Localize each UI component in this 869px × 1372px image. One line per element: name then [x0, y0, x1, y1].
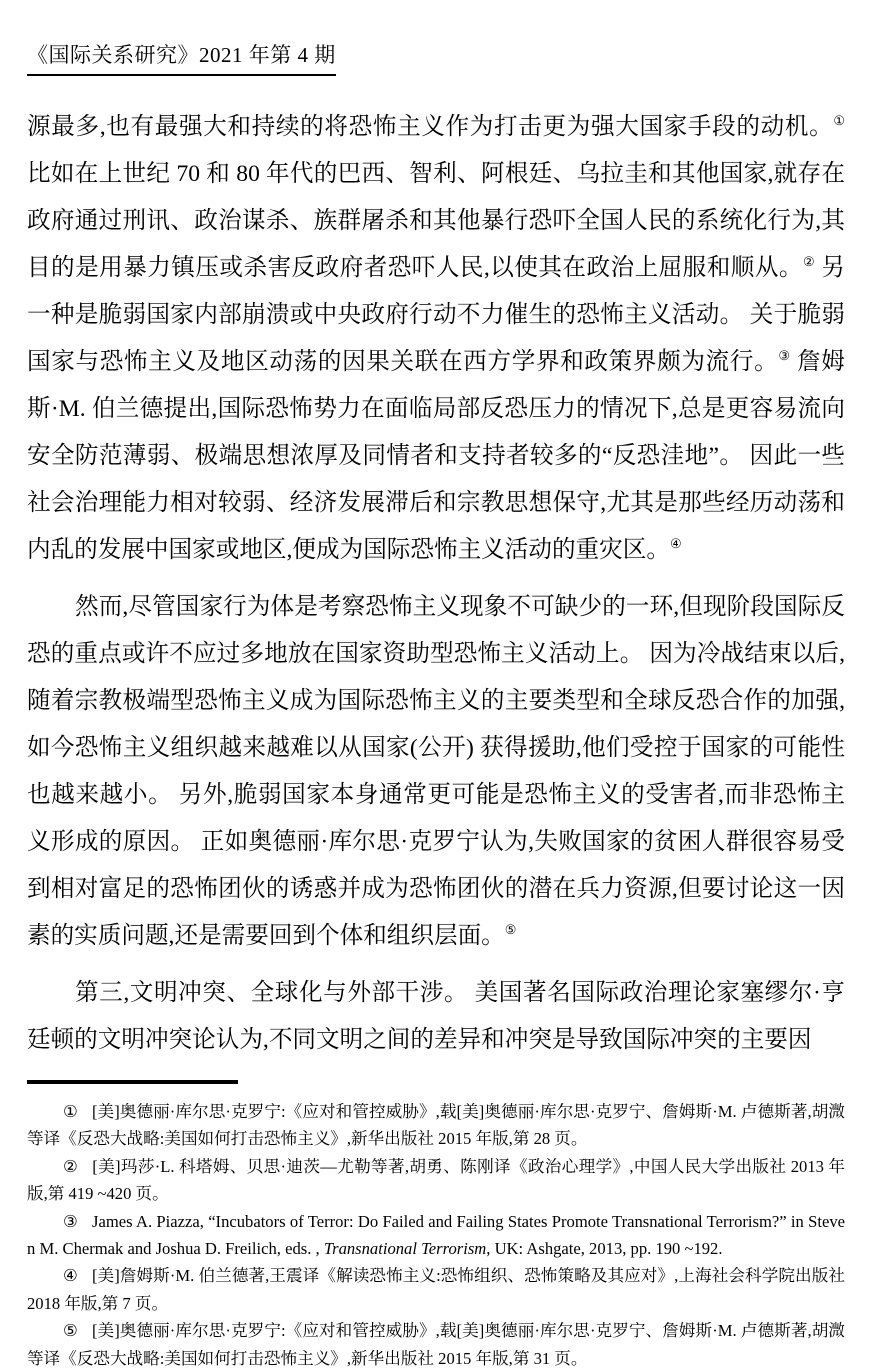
article-body: 源最多,也有最强大和持续的将恐怖主义作为打击更为强大国家手段的动机。① 比如在上… — [27, 104, 845, 1064]
page-header: 《国际关系研究》2021 年第 4 期 — [27, 44, 845, 76]
footnote-item: ②[美]玛莎·L. 科塔姆、贝思·迪茨—尤勒等著,胡勇、陈刚译《政治心理学》,中… — [27, 1153, 845, 1208]
body-paragraph: 然而,尽管国家行为体是考察恐怖主义现象不可缺少的一环,但现阶段国际反恐的重点或许… — [27, 584, 845, 960]
footnote-marker: ① — [63, 1102, 78, 1121]
footnote-divider — [27, 1080, 238, 1084]
body-paragraph: 源最多,也有最强大和持续的将恐怖主义作为打击更为强大国家手段的动机。① 比如在上… — [27, 104, 845, 574]
text-run: 然而,尽管国家行为体是考察恐怖主义现象不可缺少的一环,但现阶段国际反恐的重点或许… — [27, 594, 845, 949]
footnote-item: ⑤[美]奥德丽·库尔思·克罗宁:《应对和管控威胁》,载[美]奥德丽·库尔思·克罗… — [27, 1317, 845, 1372]
text-run: [美]詹姆斯·M. 伯兰德著,王震译《解读恐怖主义:恐怖组织、恐怖策略及其应对》… — [27, 1266, 845, 1312]
text-run: [美]奥德丽·库尔思·克罗宁:《应对和管控威胁》,载[美]奥德丽·库尔思·克罗宁… — [27, 1102, 845, 1148]
body-paragraph: 第三,文明冲突、全球化与外部干涉。 美国著名国际政治理论家塞缪尔·亨廷顿的文明冲… — [27, 970, 845, 1064]
text-run: [美]奥德丽·库尔思·克罗宁:《应对和管控威胁》,载[美]奥德丽·库尔思·克罗宁… — [27, 1321, 845, 1367]
footnote-marker: ② — [63, 1157, 78, 1176]
footnote-ref: ④ — [670, 536, 682, 551]
italic-book-title: Transnational Terrorism — [324, 1239, 486, 1258]
footnotes-section: ①[美]奥德丽·库尔思·克罗宁:《应对和管控威胁》,载[美]奥德丽·库尔思·克罗… — [27, 1098, 845, 1372]
footnote-marker: ⑤ — [63, 1321, 78, 1340]
text-run: 第三,文明冲突、全球化与外部干涉。 美国著名国际政治理论家塞缪尔·亨廷顿的文明冲… — [27, 980, 845, 1053]
journal-page: 《国际关系研究》2021 年第 4 期 源最多,也有最强大和持续的将恐怖主义作为… — [0, 0, 869, 1372]
text-run: 源最多,也有最强大和持续的将恐怖主义作为打击更为强大国家手段的动机。 — [27, 114, 833, 140]
footnote-marker: ③ — [63, 1212, 78, 1231]
footnote-ref: ⑤ — [505, 922, 517, 937]
footnote-item: ③James A. Piazza, “Incubators of Terror:… — [27, 1208, 845, 1263]
text-run: , UK: Ashgate, 2013, pp. 190 ~192. — [486, 1239, 722, 1258]
text-run: 詹姆斯·M. 伯兰德提出,国际恐怖势力在面临局部反恐压力的情况下,总是更容易流向… — [27, 349, 845, 563]
text-run: [美]玛莎·L. 科塔姆、贝思·迪茨—尤勒等著,胡勇、陈刚译《政治心理学》,中国… — [27, 1157, 845, 1203]
footnote-item: ④[美]詹姆斯·M. 伯兰德著,王震译《解读恐怖主义:恐怖组织、恐怖策略及其应对… — [27, 1262, 845, 1317]
journal-issue-title: 《国际关系研究》2021 年第 4 期 — [27, 44, 336, 76]
footnote-ref: ③ — [778, 348, 790, 363]
footnote-ref: ① — [833, 113, 845, 128]
footnote-item: ①[美]奥德丽·库尔思·克罗宁:《应对和管控威胁》,载[美]奥德丽·库尔思·克罗… — [27, 1098, 845, 1153]
footnote-ref: ② — [803, 254, 815, 269]
text-run: 比如在上世纪 70 和 80 年代的巴西、智利、阿根廷、乌拉圭和其他国家,就存在… — [27, 161, 845, 281]
footnote-marker: ④ — [63, 1266, 78, 1285]
